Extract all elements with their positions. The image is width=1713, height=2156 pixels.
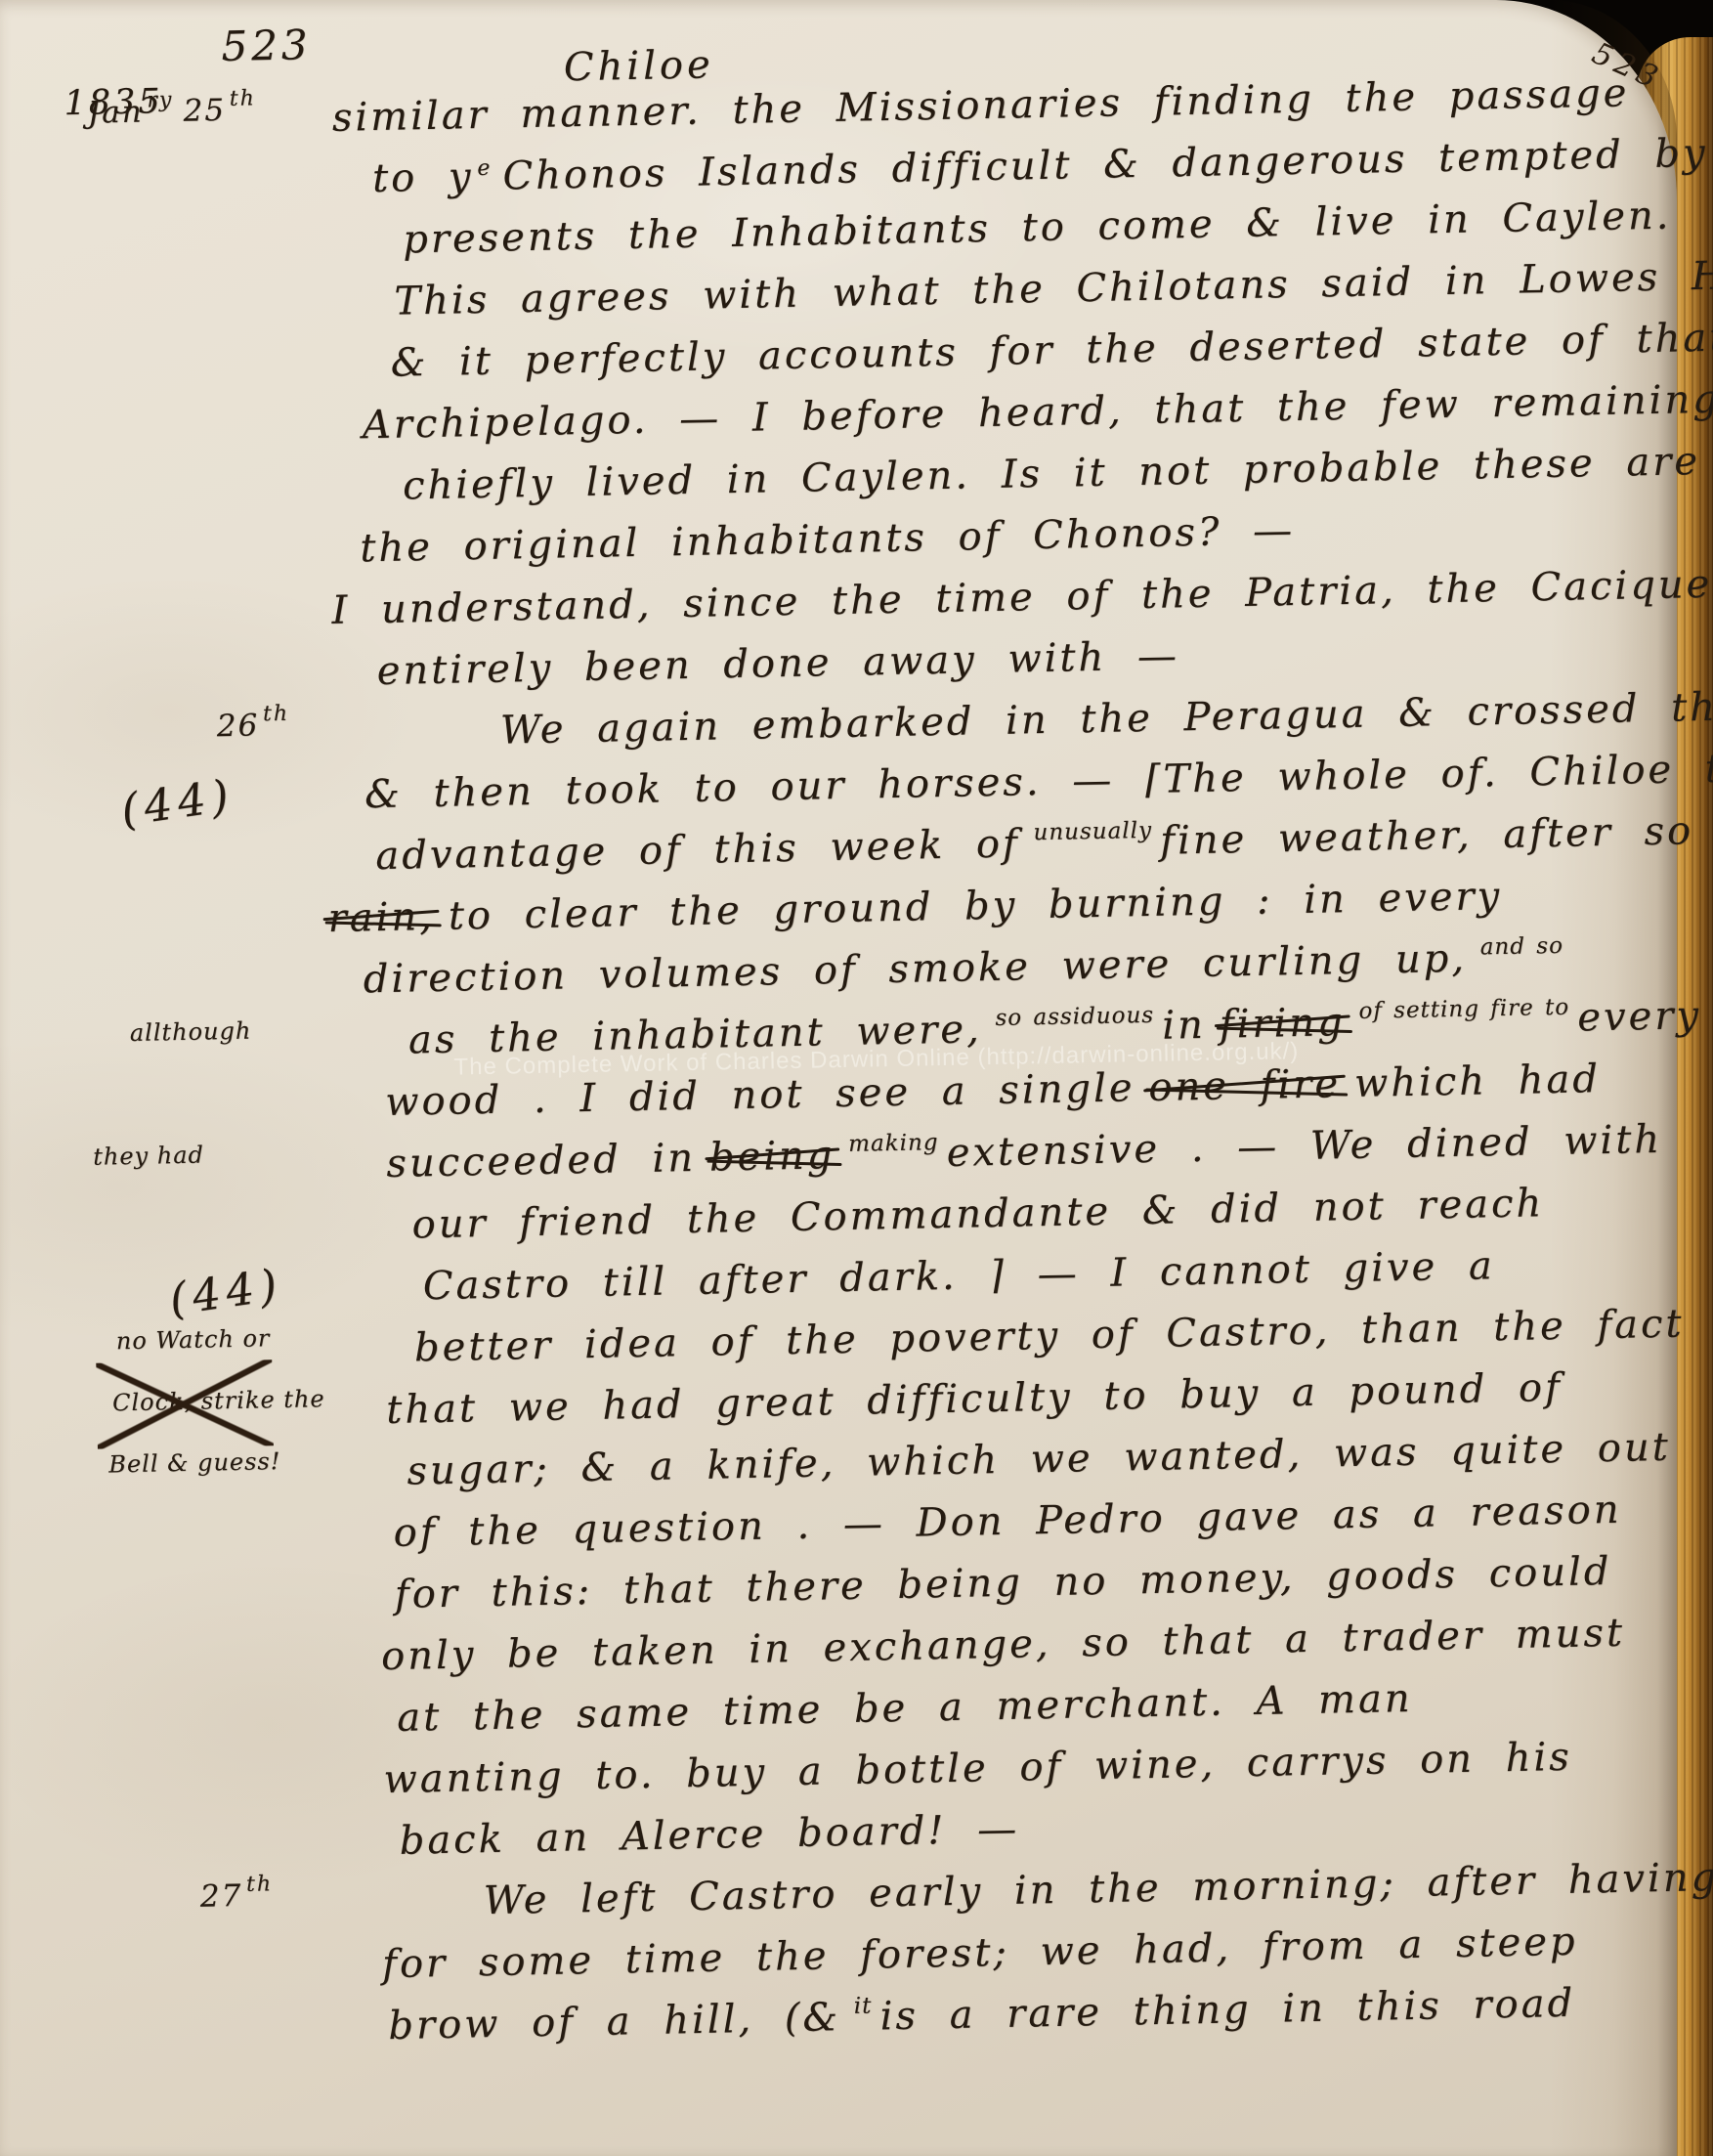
handwritten-text: allthough <box>130 1017 252 1047</box>
handwritten-text: Bell & guess! <box>108 1447 281 1478</box>
page-content: 523 1835 Chiloe The Complete Work of Cha… <box>0 0 1713 2156</box>
scribbled-out-word: rain, <box>327 894 435 941</box>
handwritten-text: the original inhabitants of Chonos? — <box>360 508 1296 571</box>
handwritten-text: Clock, strike the <box>112 1385 325 1416</box>
handwritten-text: extensive . — We dined with <box>946 1117 1662 1176</box>
handwritten-text: is a rare thing in this road <box>879 1981 1575 2040</box>
superscript-text: th <box>230 86 256 111</box>
interline-insertion: so assiduous <box>995 1003 1154 1031</box>
handwritten-text: 26 <box>216 708 259 744</box>
margin-note: 26th <box>79 704 461 746</box>
interline-insertion: it <box>854 1994 873 2019</box>
handwritten-text: brow of a hill, (& <box>388 1995 841 2048</box>
superscript-text: e <box>477 156 493 181</box>
book-photograph: { "document": { "page_number_top": "523"… <box>0 0 1713 2156</box>
handwritten-text: 25 <box>183 93 226 129</box>
superscript-text: th <box>246 1872 273 1897</box>
margin-note: allthough <box>86 1013 375 1049</box>
interline-insertion: and so <box>1479 933 1563 961</box>
handwritten-text: Jan <box>87 95 144 131</box>
handwritten-text: (44) <box>166 1258 286 1325</box>
handwritten-text: to y <box>372 154 474 201</box>
handwritten-text: fine weather, after so much <box>1160 805 1713 863</box>
handwritten-text: (44) <box>117 769 237 837</box>
manuscript-page: 523 1835 Chiloe The Complete Work of Cha… <box>0 0 1677 2156</box>
margin-note: 27th <box>102 1875 445 1917</box>
margin-note: no Watch or <box>92 1321 362 1356</box>
page-number-top: 523 <box>221 21 312 70</box>
superscript-text: th <box>263 702 289 727</box>
handwritten-text: advantage of this week of <box>375 821 1020 879</box>
interline-insertion: making <box>848 1130 939 1157</box>
handwritten-text: they had <box>93 1142 204 1171</box>
handwritten-text: every part of the <box>1577 987 1713 1040</box>
superscript-text: ry <box>147 88 173 113</box>
handwritten-text: succeeded in <box>386 1136 696 1186</box>
handwritten-text: similar manner. the Missionaries finding… <box>331 70 1629 140</box>
margin-note: Bell & guess! <box>94 1445 354 1480</box>
scribbled-out-word: being <box>709 1133 835 1180</box>
scribbled-out-word: one fire <box>1148 1061 1341 1110</box>
margin-note: Janry25th <box>67 91 332 131</box>
interline-insertion: unusually <box>1033 818 1152 845</box>
margin-note: Clock, strike the <box>93 1384 358 1418</box>
handwritten-text: which had <box>1354 1056 1602 1106</box>
handwritten-text: 27 <box>199 1878 242 1915</box>
handwritten-text: no Watch or <box>116 1324 271 1355</box>
interline-insertion: of setting fire to <box>1358 995 1569 1024</box>
margin-note: they had <box>88 1138 338 1172</box>
handwritten-text: back an Alerce board! — <box>399 1807 1019 1864</box>
handwritten-text: entirely been done away with — <box>376 633 1179 694</box>
